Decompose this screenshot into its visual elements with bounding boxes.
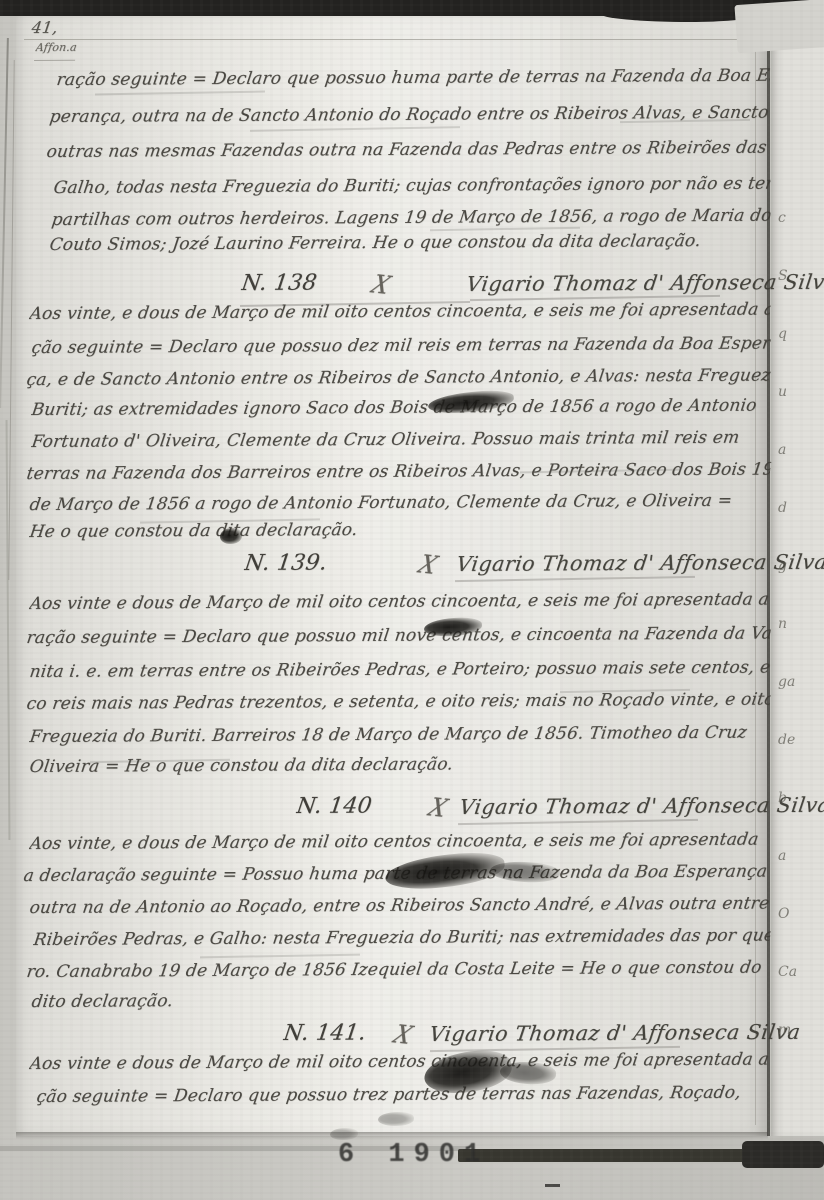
next-page-text-fragment: a [778,442,786,458]
stamp-underline-mark [545,1184,560,1187]
manuscript-line: co reis mais nas Pedras trezentos, e set… [25,687,772,716]
manuscript-line: de Março de 1856 a rogo de Antonio Fortu… [28,488,772,517]
manuscript-line: nita i. e. em terras entre os Ribeirões … [28,655,772,684]
next-page-text-fragment: O [778,906,789,922]
entry-signature: Vigario Thomaz d' Affonseca Silva [465,270,824,296]
manuscript-line: Fortunato d' Oliveira, Clemente da Cruz … [30,425,772,454]
manuscript-line: ração seguinte = Declaro que possuo huma… [55,64,772,92]
entry-signature: Vigario Thomaz d' Affonseca Silva [455,550,824,576]
next-page-text-fragment: b [778,790,787,806]
bottom-corner-shadow [742,1141,824,1168]
manuscript-line: outras nas mesmas Fazendas outra na Faze… [45,136,772,164]
manuscript-line: Aos vinte, e dous de Março de mil oito c… [28,827,772,856]
next-page-text-fragment: ga [778,674,795,690]
entry-signature: Vigario Thomaz d' Affonseca Silva [458,793,824,819]
check-mark: X [425,795,451,821]
manuscript-line: Freguezia do Buriti. Barreiros 18 de Mar… [28,720,772,749]
next-page-text-fragment: a [778,848,786,864]
archive-stamp-number: 6 1901 [338,1140,489,1170]
page-corner-fold [734,0,824,53]
manuscript-line: Oliveira = He o que constou da dita decl… [28,750,772,779]
next-page-text-fragment: n [778,616,787,632]
entry-number: N. 138 [240,272,318,296]
scanned-manuscript-page: 41, Affon.a ração seguinte = Declaro que… [0,0,824,1200]
page-stack-edge [0,38,9,408]
entry-number: N. 139. [243,551,329,576]
manuscript-line: ração seguinte = Declaro que possuo mil … [25,621,772,650]
ink-blot [220,528,242,544]
manuscript-line: ção seguinte = Declaro que possuo trez p… [35,1081,772,1109]
ink-smudge [330,1128,358,1140]
folio-rubric: Affon.a [34,36,78,61]
entry-header-139: N. 139. X Vigario Thomaz d' Affonseca Si… [0,552,768,586]
page-stack-edge [8,60,14,580]
next-page-text-fragment: u [778,384,787,400]
manuscript-line: ro. Canabrabo 19 de Março de 1856 Izequi… [25,955,772,984]
next-page-text-fragment: de [778,732,795,748]
next-page-text-fragment: c [778,210,786,226]
entry-number: N. 140 [295,795,373,819]
next-page-text-fragment: Ca [778,964,797,980]
manuscript-line: Ribeirões Pedras, e Galho: nesta Freguez… [32,924,772,952]
entry-header-140: N. 140 X Vigario Thomaz d' Affonseca Sil… [0,795,768,829]
manuscript-line: perança, outra na de Sancto Antonio do R… [48,101,772,129]
ink-smudge [378,1112,414,1126]
next-page-text-fragment: q [778,326,787,342]
entry-signature: Vigario Thomaz d' Affonseca Silva [428,1020,802,1046]
page-bottom-shadow [16,1132,768,1139]
manuscript-line: terras na Fazenda dos Barreiros entre os… [25,457,772,486]
manuscript-line: Buriti; as extremidades ignoro Saco dos … [30,393,772,422]
manuscript-line: partilhas com outros herdeiros. Lagens 1… [50,204,772,232]
manuscript-line: Galho, todas nesta Freguezia do Buriti; … [52,172,772,200]
next-page-text-fragment: g [778,558,787,574]
manuscript-line: ça, e de Sancto Antonio entre os Ribeiro… [25,363,772,392]
manuscript-line: Aos vinte e dous de Março de mil oito ce… [28,587,772,616]
next-page-text-fragment: d [778,500,787,516]
paper-top-edge [24,39,760,40]
manuscript-line: He o que constou da dita declaração. [28,515,772,544]
manuscript-line: dito declaração. [30,985,772,1014]
manuscript-line: ção seguinte = Declaro que possuo dez mi… [30,331,772,360]
manuscript-line: Aos vinte e dous de Março de mil oito ce… [28,1047,772,1076]
check-mark: X [368,272,394,298]
manuscript-line: Couto Simos; Jozé Laurino Ferreira. He o… [48,229,772,257]
next-page-text-fragment: m [778,1022,791,1038]
entry-number: N. 141. [282,1021,368,1046]
check-mark: X [390,1022,416,1048]
check-mark: X [415,552,441,578]
next-page-text-fragment: S [778,268,788,284]
manuscript-line: outra na de Antonio ao Roçado, entre os … [28,891,772,920]
